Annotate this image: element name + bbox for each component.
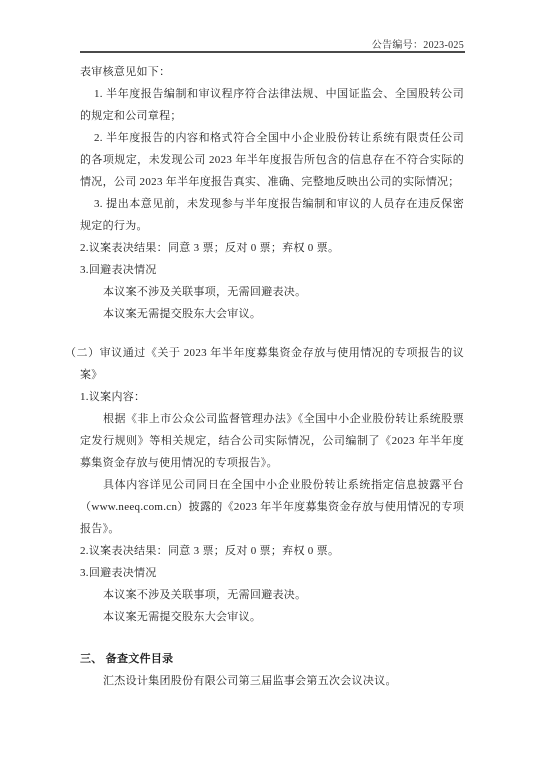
avoidance-vote-title-2: 3.回避表决情况 <box>80 562 464 584</box>
section-spacer <box>80 325 464 342</box>
document-body: 表审核意见如下： 1. 半年度报告编制和审议程序符合法律法规、中国证监会、全国股… <box>80 61 464 692</box>
header-rule <box>80 51 465 53</box>
announcement-page: 公告编号：2023-025 表审核意见如下： 1. 半年度报告编制和审议程序符合… <box>0 0 545 771</box>
section-spacer <box>80 628 464 648</box>
proposal-2-heading: （二）审议通过《关于 2023 年半年度募集资金存放与使用情况的专项报告的议案》 <box>80 342 464 386</box>
proposal-2-content-label: 1.议案内容： <box>80 386 464 408</box>
review-opinion-item-3: 3. 提出本意见前，未发现参与半年度报告编制和审议的人员存在违反保密规定的行为。 <box>80 193 464 237</box>
shareholder-meeting-note-2: 本议案无需提交股东大会审议。 <box>80 606 464 628</box>
proposal-2-disclosure: 具体内容详见公司同日在全国中小企业股份转让系统指定信息披露平台（www.neeq… <box>80 474 464 540</box>
avoidance-vote-note-2: 本议案不涉及关联事项，无需回避表决。 <box>80 584 464 606</box>
reference-document-item: 汇杰设计集团股份有限公司第三届监事会第五次会议决议。 <box>80 670 464 692</box>
vote-result-1: 2.议案表决结果：同意 3 票；反对 0 票；弃权 0 票。 <box>80 237 464 259</box>
announcement-number: 公告编号：2023-025 <box>372 36 464 51</box>
review-opinion-intro: 表审核意见如下： <box>80 61 464 83</box>
vote-result-2: 2.议案表决结果：同意 3 票；反对 0 票；弃权 0 票。 <box>80 540 464 562</box>
avoidance-vote-title-1: 3.回避表决情况 <box>80 259 464 281</box>
proposal-2-basis: 根据《非上市公众公司监督管理办法》《全国中小企业股份转让系统股票定发行规则》等相… <box>80 408 464 474</box>
review-opinion-item-2: 2. 半年度报告的内容和格式符合全国中小企业股份转让系统有限责任公司的各项规定，… <box>80 127 464 193</box>
review-opinion-item-1: 1. 半年度报告编制和审议程序符合法律法规、中国证监会、全国股转公司的规定和公司… <box>80 83 464 127</box>
avoidance-vote-note-1: 本议案不涉及关联事项，无需回避表决。 <box>80 281 464 303</box>
shareholder-meeting-note-1: 本议案无需提交股东大会审议。 <box>80 303 464 325</box>
section-3-heading: 三、 备查文件目录 <box>80 648 464 670</box>
